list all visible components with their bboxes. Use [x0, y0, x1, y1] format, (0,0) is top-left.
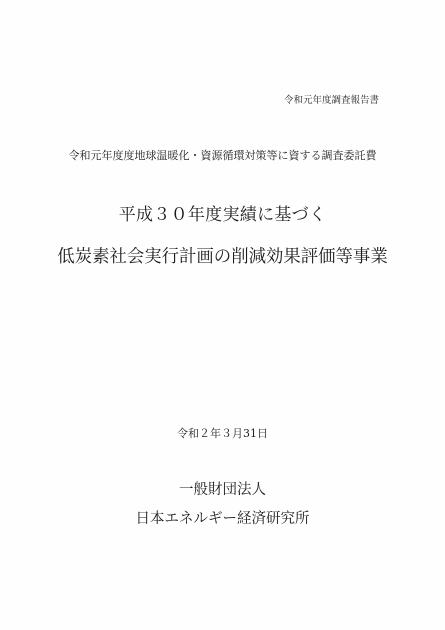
publication-date: 令和２年３月31日: [0, 426, 445, 442]
organization-type: 一般財団法人: [0, 480, 445, 500]
document-title-line-1: 平成３０年度実績に基づく: [0, 203, 445, 227]
document-cover-page: 令和元年度調査報告書 令和元年度度地球温暖化・資源循環対策等に資する調査委託費 …: [0, 0, 445, 630]
document-title-line-2: 低炭素社会実行計画の削減効果評価等事業: [0, 245, 445, 269]
organization-name: 日本エネルギー経済研究所: [0, 509, 445, 529]
commission-subtitle: 令和元年度度地球温暖化・資源循環対策等に資する調査委託費: [0, 148, 445, 164]
report-type-label: 令和元年度調査報告書: [284, 94, 379, 108]
